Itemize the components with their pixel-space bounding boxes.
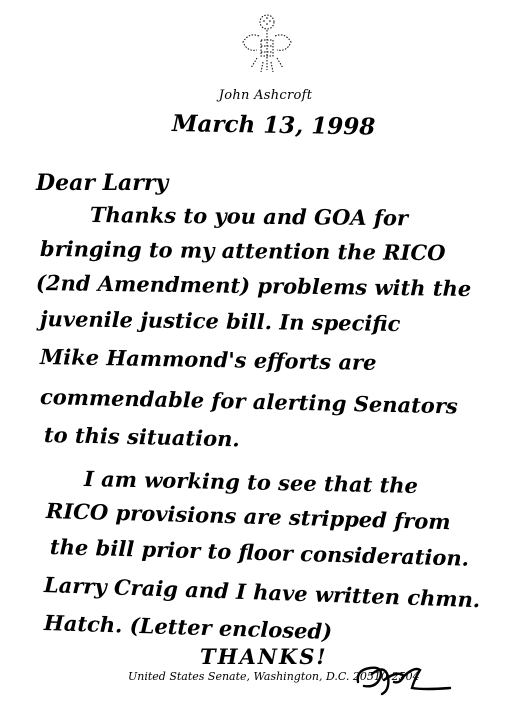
letter-page: John Ashcroft March 13, 1998 Dear Larry … — [0, 0, 531, 703]
body-line: Larry Craig and I have written chmn. — [44, 572, 481, 612]
body-line: commendable for alerting Senators — [40, 384, 458, 418]
letter-date: March 13, 1998 — [172, 110, 376, 141]
handwritten-signature-icon — [354, 660, 454, 698]
letterhead-name: John Ashcroft — [0, 88, 531, 103]
body-line: Hatch. (Letter enclosed) — [44, 610, 333, 644]
body-line: I am working to see that the — [84, 466, 418, 498]
body-line: juvenile justice bill. In specific — [40, 306, 401, 336]
body-line: Thanks to you and GOA for — [90, 202, 408, 230]
salutation: Dear Larry — [36, 170, 168, 196]
body-line: RICO provisions are stripped from — [46, 498, 451, 534]
body-line: to this situation. — [44, 422, 240, 451]
body-line: bringing to my attention the RICO — [40, 236, 446, 265]
great-seal-eagle-icon — [237, 12, 297, 78]
body-line: Mike Hammond's efforts are — [40, 344, 377, 375]
body-line: the bill prior to floor consideration. — [50, 534, 470, 571]
body-line: (2nd Amendment) problems with the — [36, 270, 472, 301]
closing: THANKS! — [200, 644, 328, 669]
